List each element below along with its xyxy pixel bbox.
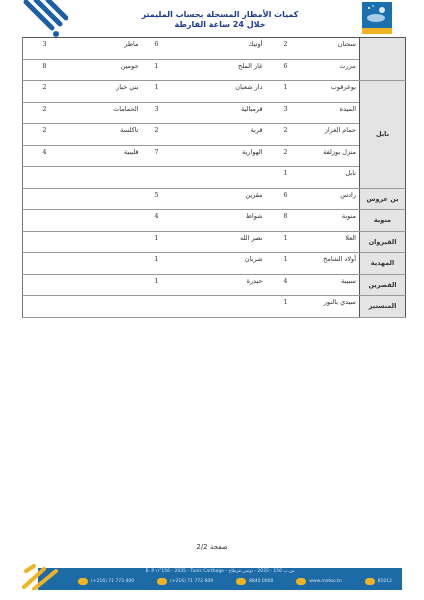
- value-cell: 3: [266, 102, 291, 124]
- contact-web: www.meteo.tn: [296, 578, 341, 585]
- footer-contacts: (+216) 71 773 400 (+216) 71 772 609 8840…: [78, 578, 392, 585]
- station-cell: الميدة: [291, 102, 360, 124]
- value-cell: 1: [266, 231, 291, 253]
- page-footer: B. P. n°156 - 2035 - Tunis Carthage - ص.…: [22, 563, 402, 590]
- value-cell: 1: [266, 167, 291, 189]
- station-cell: [50, 274, 142, 296]
- station-cell: [50, 231, 142, 253]
- value-cell: 6: [266, 188, 291, 210]
- decorative-stripes-icon: [22, 0, 68, 38]
- value-cell: 1: [266, 253, 291, 275]
- title-line-1: كميات الأمطار المسجلة بحساب المليمتر: [120, 10, 320, 20]
- value-cell: 1: [266, 296, 291, 318]
- page-number: صفحة 2/2: [0, 543, 424, 551]
- value-cell: 8: [266, 210, 291, 232]
- station-cell: سيدي بالنور: [291, 296, 360, 318]
- value-cell: [23, 231, 50, 253]
- station-cell: حيدرة: [162, 274, 266, 296]
- station-cell: رادس: [291, 188, 360, 210]
- station-cell: غار الملح: [162, 59, 266, 81]
- governorate-cell: المنستير: [360, 296, 406, 318]
- value-cell: 1: [266, 81, 291, 103]
- station-cell: [162, 296, 266, 318]
- station-cell: حمام الغزاز: [291, 124, 360, 146]
- footer-stripes-icon: [22, 563, 72, 590]
- value-cell: 4: [266, 274, 291, 296]
- value-cell: 2: [142, 124, 162, 146]
- table-row: سجنان 2 أوتيك 6 ماطر 3: [23, 38, 406, 60]
- page-title: كميات الأمطار المسجلة بحساب المليمتر خلا…: [120, 10, 320, 30]
- table-row: حمام الغزاز 2 قربة 2 تاكلسة 2: [23, 124, 406, 146]
- sms-icon: [365, 578, 375, 585]
- value-cell: 8: [23, 59, 50, 81]
- contact-text: (+216) 71 773 400: [91, 579, 134, 584]
- value-cell: 2: [266, 145, 291, 167]
- governorate-cell: القيروان: [360, 231, 406, 253]
- footer-bar: B. P. n°156 - 2035 - Tunis Carthage - ص.…: [38, 568, 402, 590]
- table-row: نابل 1: [23, 167, 406, 189]
- station-cell: [50, 296, 142, 318]
- table-row: منزل بوزلفة 2 الهوارية 7 قليبية 4: [23, 145, 406, 167]
- contact-phone: (+216) 71 773 400: [78, 578, 134, 585]
- table-row: منوبة منوبة 8 شواط 4: [23, 210, 406, 232]
- value-cell: 7: [142, 145, 162, 167]
- value-cell: [23, 296, 50, 318]
- contact-text: 8840 0000: [249, 579, 273, 584]
- station-cell: [162, 167, 266, 189]
- contact-text: 85012: [378, 579, 392, 584]
- mobile-icon: [236, 578, 246, 585]
- station-cell: جومين: [50, 59, 142, 81]
- value-cell: 6: [266, 59, 291, 81]
- value-cell: 2: [23, 124, 50, 146]
- value-cell: 6: [142, 38, 162, 60]
- contact-text: www.meteo.tn: [309, 579, 341, 584]
- station-cell: بني خيار: [50, 81, 142, 103]
- station-cell: الحمامات: [50, 102, 142, 124]
- station-cell: منوبة: [291, 210, 360, 232]
- governorate-cell: [360, 38, 406, 81]
- governorate-cell: القصرين: [360, 274, 406, 296]
- station-cell: تاكلسة: [50, 124, 142, 146]
- station-cell: مقرين: [162, 188, 266, 210]
- rainfall-table: سجنان 2 أوتيك 6 ماطر 3 بنزرت 6 غار الملح…: [22, 37, 405, 318]
- table-row: بن عروس رادس 6 مقرين 5: [23, 188, 406, 210]
- station-cell: دار شعبان: [162, 81, 266, 103]
- value-cell: 1: [142, 231, 162, 253]
- station-cell: أولاد الشامخ: [291, 253, 360, 275]
- station-cell: بوعرقوب: [291, 81, 360, 103]
- table-row: نابل بوعرقوب 1 دار شعبان 1 بني خيار 2: [23, 81, 406, 103]
- value-cell: 4: [142, 210, 162, 232]
- station-cell: سبيبة: [291, 274, 360, 296]
- value-cell: [23, 274, 50, 296]
- fax-icon: [157, 578, 167, 585]
- phone-icon: [78, 578, 88, 585]
- governorate-cell: المهدية: [360, 253, 406, 275]
- value-cell: [23, 188, 50, 210]
- station-cell: شربان: [162, 253, 266, 275]
- governorate-cell: نابل: [360, 81, 406, 189]
- value-cell: [23, 210, 50, 232]
- station-cell: نابل: [291, 167, 360, 189]
- value-cell: [142, 296, 162, 318]
- table-row: المنستير سيدي بالنور 1: [23, 296, 406, 318]
- station-cell: قليبية: [50, 145, 142, 167]
- station-cell: أوتيك: [162, 38, 266, 60]
- institute-logo: [362, 2, 392, 34]
- weather-emblem-icon: [362, 2, 392, 28]
- table-row: القيروان العلا 1 نصر الله 1: [23, 231, 406, 253]
- value-cell: 4: [23, 145, 50, 167]
- value-cell: [23, 167, 50, 189]
- table-row: بنزرت 6 غار الملح 1 جومين 8: [23, 59, 406, 81]
- value-cell: 2: [266, 38, 291, 60]
- page-header: كميات الأمطار المسجلة بحساب المليمتر خلا…: [0, 0, 424, 38]
- value-cell: 1: [142, 59, 162, 81]
- table-row: المهدية أولاد الشامخ 1 شربان 1: [23, 253, 406, 275]
- value-cell: 2: [266, 124, 291, 146]
- title-line-2: خلال 24 ساعة الفارطة: [120, 20, 320, 30]
- contact-fax: (+216) 71 772 609: [157, 578, 213, 585]
- value-cell: 3: [142, 102, 162, 124]
- station-cell: شواط: [162, 210, 266, 232]
- logo-band: [362, 28, 392, 34]
- station-cell: نصر الله: [162, 231, 266, 253]
- value-cell: 1: [142, 274, 162, 296]
- station-cell: منزل بوزلفة: [291, 145, 360, 167]
- station-cell: العلا: [291, 231, 360, 253]
- contact-text: (+216) 71 772 609: [170, 579, 213, 584]
- station-cell: سجنان: [291, 38, 360, 60]
- footer-address: B. P. n°156 - 2035 - Tunis Carthage - ص.…: [38, 569, 402, 574]
- station-cell: الهوارية: [162, 145, 266, 167]
- value-cell: [23, 253, 50, 275]
- value-cell: 1: [142, 253, 162, 275]
- governorate-cell: منوبة: [360, 210, 406, 232]
- value-cell: 2: [23, 102, 50, 124]
- governorate-cell: بن عروس: [360, 188, 406, 210]
- table-row: الميدة 3 قرمبالية 3 الحمامات 2: [23, 102, 406, 124]
- web-icon: [296, 578, 306, 585]
- value-cell: 1: [142, 81, 162, 103]
- station-cell: قربة: [162, 124, 266, 146]
- station-cell: [50, 167, 142, 189]
- station-cell: قرمبالية: [162, 102, 266, 124]
- station-cell: بنزرت: [291, 59, 360, 81]
- contact-sms: 85012: [365, 578, 392, 585]
- station-cell: [50, 188, 142, 210]
- value-cell: [142, 167, 162, 189]
- value-cell: 5: [142, 188, 162, 210]
- table-row: القصرين سبيبة 4 حيدرة 1: [23, 274, 406, 296]
- value-cell: 2: [23, 81, 50, 103]
- station-cell: ماطر: [50, 38, 142, 60]
- station-cell: [50, 210, 142, 232]
- contact-mobile: 8840 0000: [236, 578, 273, 585]
- value-cell: 3: [23, 38, 50, 60]
- station-cell: [50, 253, 142, 275]
